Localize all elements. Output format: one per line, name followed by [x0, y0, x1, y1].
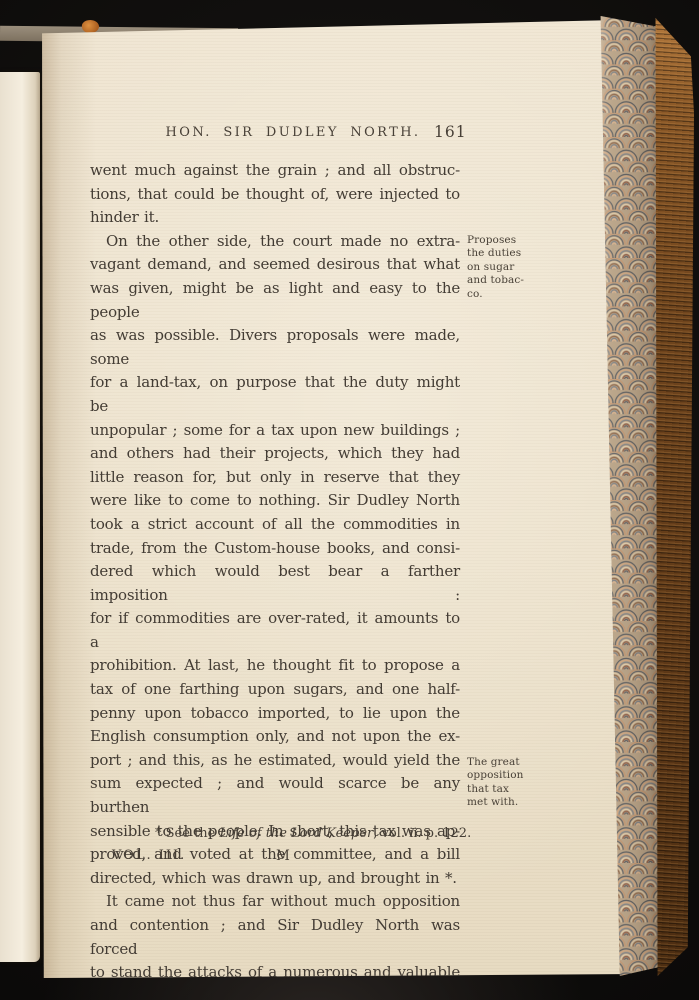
text-line: directed, which was drawn up, and brough…: [90, 867, 460, 891]
text-line: took a strict account of all the commodi…: [90, 513, 460, 537]
footnote-title-italic: Life of the Lord Keeper: [220, 826, 374, 841]
margin-note-line: Proposes: [467, 234, 547, 247]
text-line: trade, from the Custom-house books, and …: [90, 537, 460, 561]
text-line: English consumption only, and not upon t…: [90, 725, 460, 749]
margin-note-line: that tax: [467, 783, 547, 796]
facing-page-edge: [0, 72, 40, 962]
text-line: little reason for, but only in reserve t…: [90, 466, 460, 490]
text-line: was given, might be as light and easy to…: [90, 277, 460, 324]
text-line: hinder it.: [90, 206, 460, 230]
text-line: port ; and this, as he estimated, would …: [90, 749, 460, 773]
volume-label: VOL. III.: [112, 848, 186, 863]
text-line: unpopular ; some for a tax upon new buil…: [90, 419, 460, 443]
margin-note-line: The great: [467, 756, 547, 769]
text-line: as was possible. Divers proposals were m…: [90, 324, 460, 371]
margin-note-1: Proposesthe dutieson sugarand tobac-co.: [467, 234, 547, 301]
page-header: HON. SIR DUDLEY NORTH. 161: [38, 125, 620, 147]
footnote: * See the Life of the Lord Keeper, vol. …: [155, 826, 515, 841]
signature-mark: M: [276, 848, 290, 864]
margin-note-line: the duties: [467, 247, 547, 260]
text-line: for a land-tax, on purpose that the duty…: [90, 371, 460, 418]
text-line: penny upon tobacco imported, to lie upon…: [90, 702, 460, 726]
text-line: and contention ; and Sir Dudley North wa…: [90, 914, 460, 961]
book-page: HON. SIR DUDLEY NORTH. 161 went much aga…: [38, 20, 620, 978]
margin-note-2: The greatoppositionthat taxmet with.: [467, 756, 547, 810]
text-line: prohibition. At last, he thought fit to …: [90, 654, 460, 678]
margin-note-line: on sugar: [467, 261, 547, 274]
margin-note-line: co.: [467, 288, 547, 301]
text-line: On the other side, the court made no ext…: [90, 230, 460, 254]
margin-note-line: opposition: [467, 769, 547, 782]
margin-note-line: and tobac-: [467, 274, 547, 287]
footnote-text-pre: See the: [166, 826, 220, 841]
page-footer: VOL. III. M: [38, 848, 620, 868]
book-photograph: HON. SIR DUDLEY NORTH. 161 went much aga…: [0, 0, 699, 1000]
text-line: It came not thus far without much opposi…: [90, 890, 460, 914]
footnote-marker: *: [155, 826, 166, 841]
text-line: and others had their projects, which the…: [90, 442, 460, 466]
footnote-text-post: , vol. ii. p. 122.: [373, 826, 471, 841]
text-line: vagant demand, and seemed desirous that …: [90, 253, 460, 277]
text-line: went much against the grain ; and all ob…: [90, 159, 460, 183]
text-line: were like to come to nothing. Sir Dudley…: [90, 489, 460, 513]
text-line: for if commodities are over-rated, it am…: [90, 607, 460, 654]
text-line: tions, that could be thought of, were in…: [90, 183, 460, 207]
running-header: HON. SIR DUDLEY NORTH.: [165, 125, 421, 140]
text-line: sum expected ; and would scarce be any b…: [90, 772, 460, 819]
text-line: tax of one farthing upon sugars, and one…: [90, 678, 460, 702]
text-line: dered which would best bear a farther im…: [90, 560, 460, 607]
margin-note-line: met with.: [467, 796, 547, 809]
text-line: to stand the attacks of a numerous and v…: [90, 961, 460, 985]
page-number: 161: [434, 123, 467, 141]
